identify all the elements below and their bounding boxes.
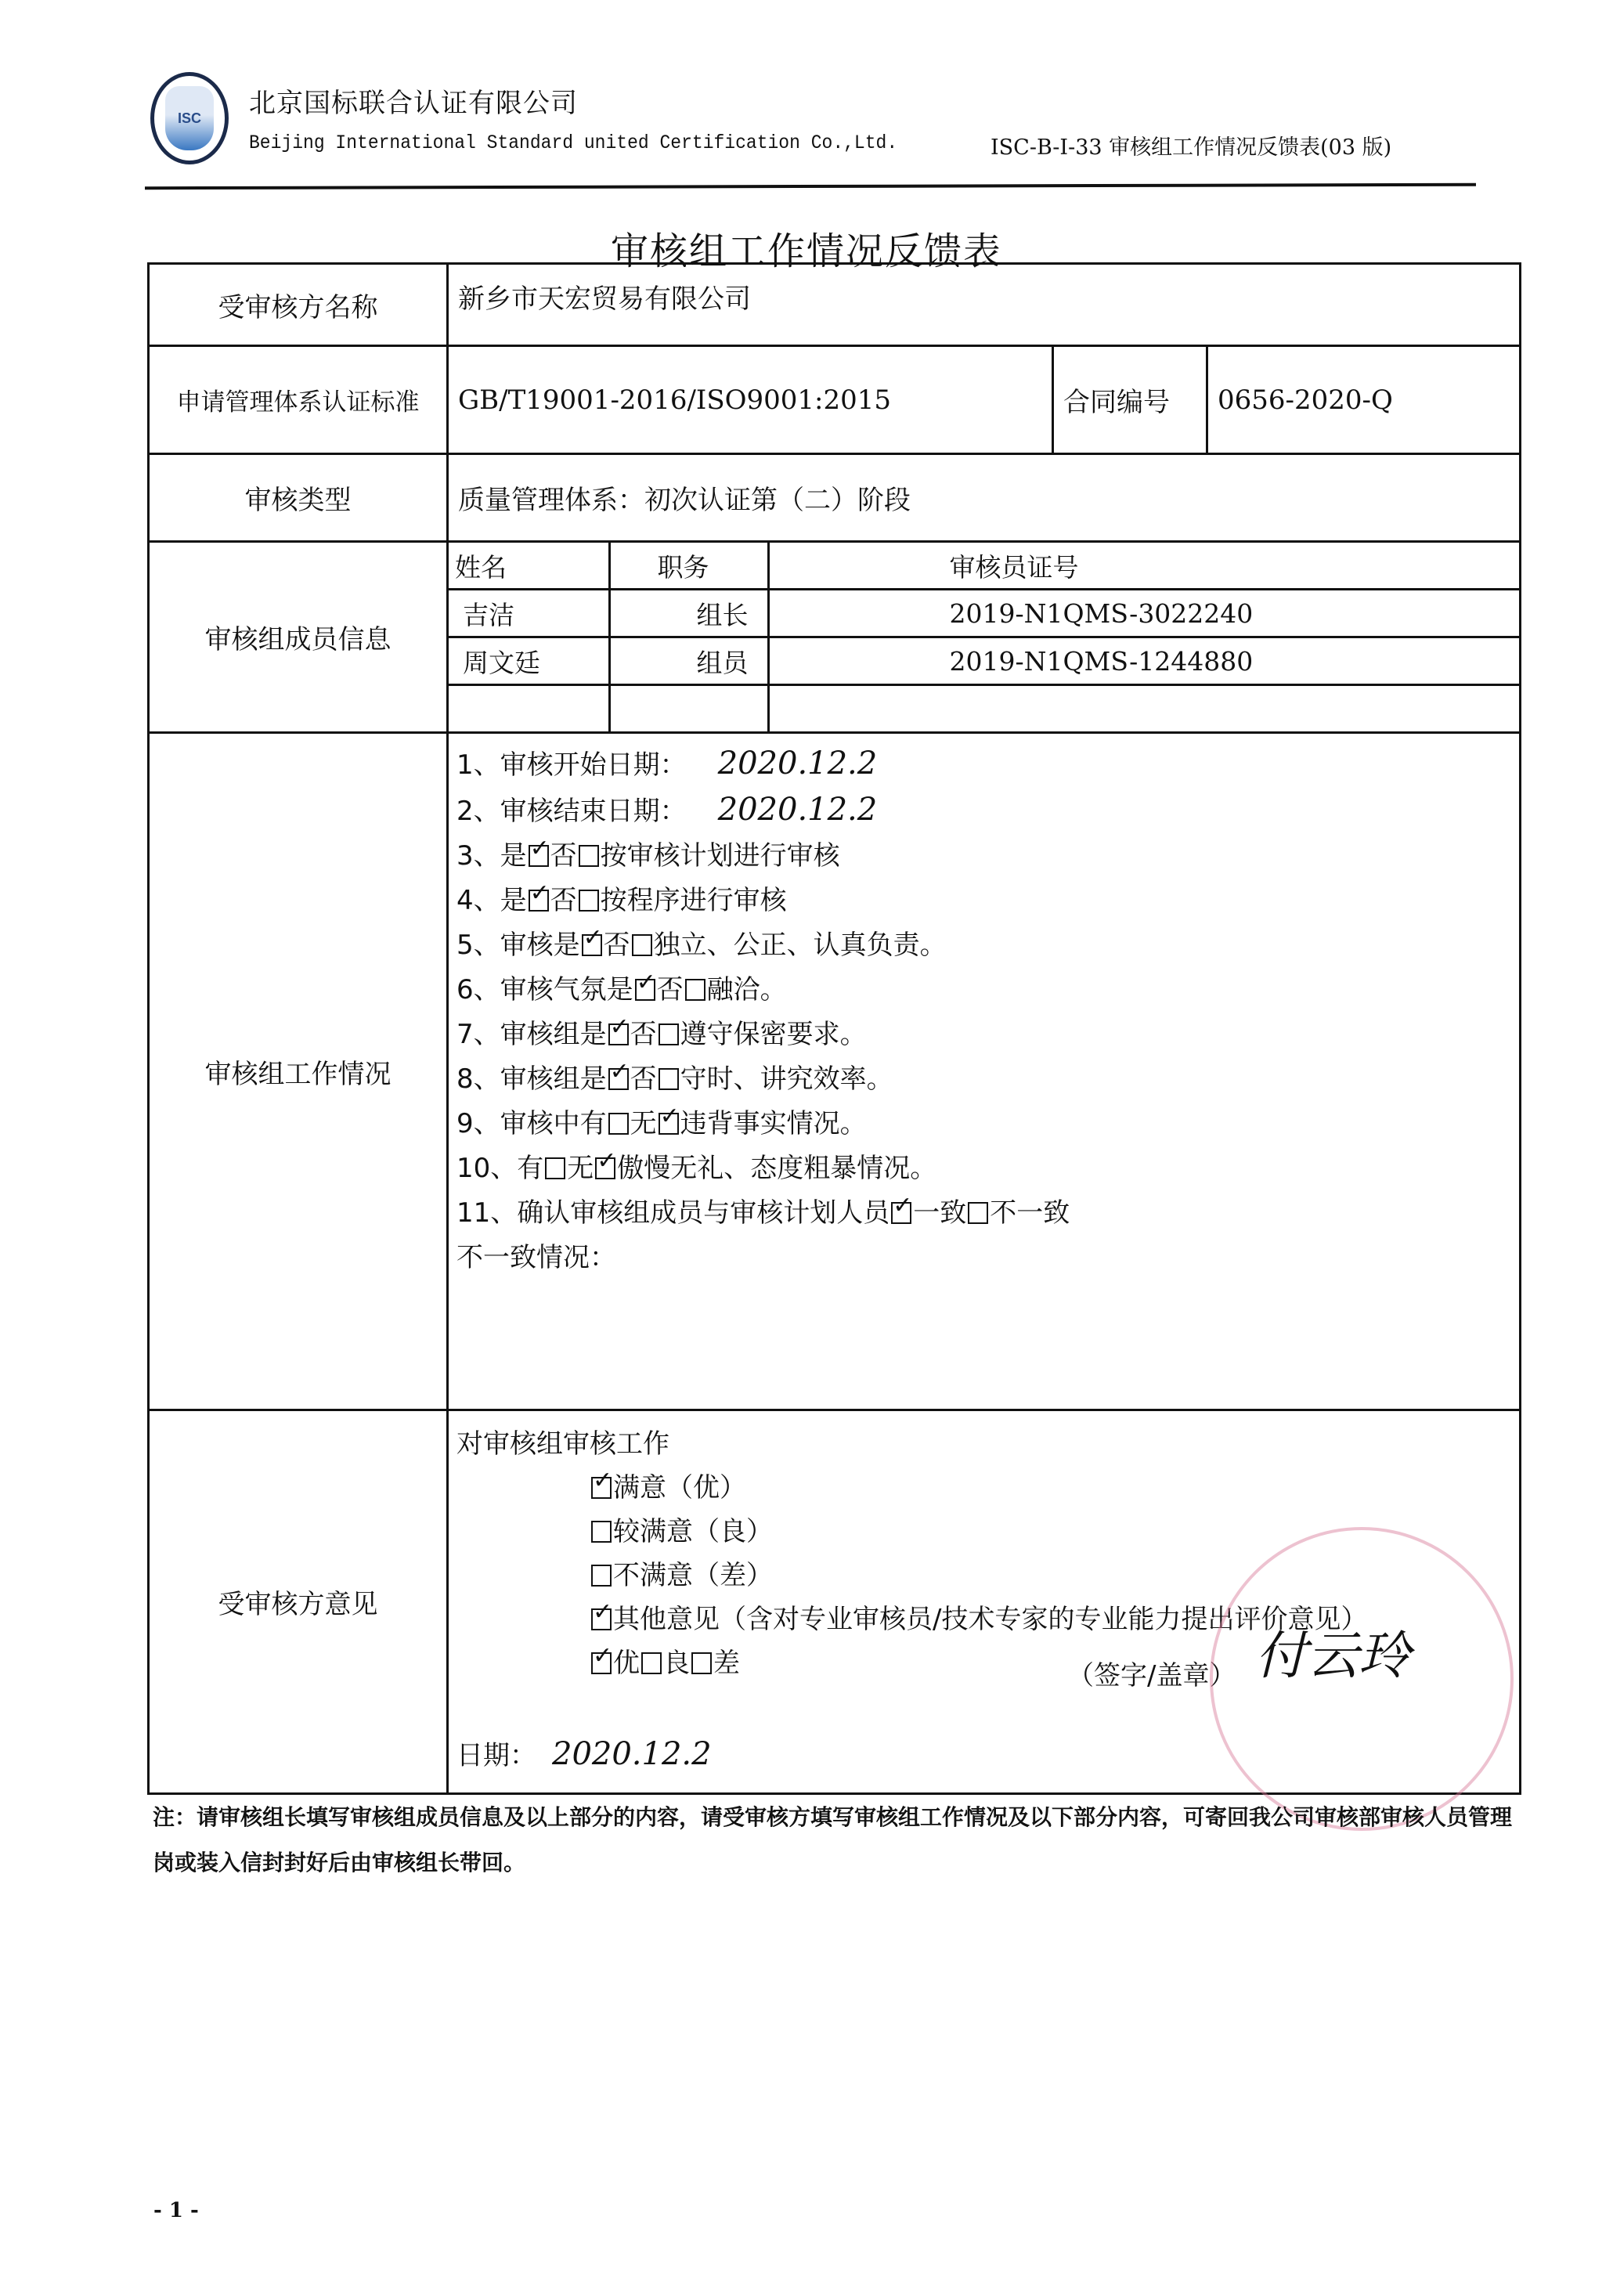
opinion-date-line: 日期：2020.12.2 (456, 1732, 712, 1778)
grade-label: 优 (613, 1648, 640, 1679)
item-option: 无 (630, 1108, 657, 1139)
footnote: 注：请审核组长填写审核组成员信息及以上部分的内容，请受审核方填写审核组工作情况及… (153, 1795, 1531, 1886)
item-option: 否 (630, 1063, 657, 1095)
checkbox[interactable] (641, 1652, 662, 1674)
row-team: 审核组成员信息 姓名 职务 审核员证号 吉洁 组长 2019-N1QMS-302… (149, 542, 1521, 733)
option-label: 较满意（良） (613, 1516, 773, 1547)
checkbox[interactable] (608, 1113, 629, 1135)
item-option: 否 (630, 1019, 657, 1050)
item-text: 11、确认审核组成员与审核计划人员 (456, 1197, 889, 1229)
opinion-intro: 对审核组审核工作 (456, 1422, 1519, 1466)
work-label: 审核组工作情况 (149, 733, 448, 1410)
item-option: 否 (550, 840, 577, 872)
opinion-label: 受审核方意见 (149, 1410, 448, 1794)
row-work: 审核组工作情况 1、审核开始日期：2020.12.2 2、审核结束日期：2020… (149, 733, 1521, 1410)
row-audit-type: 审核类型 质量管理体系：初次认证第（二）阶段 (149, 454, 1521, 542)
checkbox[interactable] (685, 979, 705, 1001)
item-text: 遵守保密要求。 (680, 1019, 867, 1050)
team-header-name: 姓名 (449, 543, 609, 590)
item-text: 傲慢无礼、态度粗暴情况。 (617, 1153, 936, 1184)
checkbox[interactable] (659, 1113, 679, 1135)
member-name: 吉洁 (449, 590, 609, 637)
list-item: 9、审核中有无违背事实情况。 (456, 1102, 1519, 1146)
item-text: 5、审核是 (456, 930, 580, 961)
table-row: 吉洁 组长 2019-N1QMS-3022240 (449, 590, 1519, 637)
checkbox[interactable] (582, 934, 602, 956)
contract-label: 合同编号 (1053, 346, 1207, 454)
table-row: 周文廷 组员 2019-N1QMS-1244880 (449, 637, 1519, 685)
list-item: 10、有无傲慢无礼、态度粗暴情况。 (456, 1146, 1519, 1191)
checkbox[interactable] (529, 845, 549, 867)
checkbox[interactable] (591, 1608, 612, 1630)
work-cell: 1、审核开始日期：2020.12.2 2、审核结束日期：2020.12.2 3、… (448, 733, 1521, 1410)
member-cert: 2019-N1QMS-3022240 (768, 590, 1519, 637)
member-role: 组长 (609, 590, 768, 637)
standard-label: 申请管理体系认证标准 (149, 346, 448, 454)
member-cert: 2019-N1QMS-1244880 (768, 637, 1519, 685)
item-option: 无 (567, 1153, 594, 1184)
option-label: 满意（优） (613, 1472, 746, 1504)
list-item: 5、审核是否独立、公正、认真负责。 (456, 923, 1519, 968)
option-label: 不满意（差） (613, 1560, 773, 1591)
member-role (609, 685, 768, 732)
opinion-date-label: 日期： (456, 1740, 536, 1771)
checkbox[interactable] (659, 1068, 679, 1090)
list-item: 6、审核气氛是否融洽。 (456, 968, 1519, 1013)
opinion-option: 满意（优） (590, 1466, 1519, 1510)
checkbox[interactable] (595, 1157, 615, 1179)
item-text: 3、是 (456, 840, 527, 872)
team-header-row: 姓名 职务 审核员证号 (449, 543, 1519, 590)
checkbox[interactable] (591, 1477, 612, 1499)
form-code: ISC-B-I-33 审核组工作情况反馈表(03 版) (991, 130, 1391, 161)
checkbox[interactable] (545, 1157, 565, 1179)
team-label: 审核组成员信息 (149, 542, 448, 733)
company-name-en: Beijing International Standard united Ce… (249, 132, 897, 154)
start-date-line: 1、审核开始日期：2020.12.2 (456, 742, 1519, 788)
inconsistency-label: 不一致情况： (456, 1236, 1519, 1280)
team-header-cert: 审核员证号 (768, 543, 1519, 590)
company-seal-stamp (1210, 1527, 1514, 1831)
table-row (449, 685, 1519, 732)
audit-type-value: 质量管理体系：初次认证第（二）阶段 (448, 454, 1521, 542)
member-name (449, 685, 609, 732)
checkbox[interactable] (691, 1652, 712, 1674)
item-text: 9、审核中有 (456, 1108, 607, 1139)
team-cell: 姓名 职务 审核员证号 吉洁 组长 2019-N1QMS-3022240 周文廷… (448, 542, 1521, 733)
end-date-value[interactable]: 2020.12.2 (718, 792, 878, 828)
opinion-date-value[interactable]: 2020.12.2 (552, 1736, 712, 1772)
checkbox[interactable] (608, 1068, 629, 1090)
list-item: 11、确认审核组成员与审核计划人员一致不一致 (456, 1191, 1519, 1236)
item-text: 按程序进行审核 (601, 885, 787, 916)
work-items: 1、审核开始日期：2020.12.2 2、审核结束日期：2020.12.2 3、… (449, 734, 1519, 1280)
checkbox[interactable] (968, 1202, 988, 1224)
member-name: 周文廷 (449, 637, 609, 685)
start-date-value[interactable]: 2020.12.2 (718, 745, 878, 782)
checkbox[interactable] (659, 1023, 679, 1045)
checkbox[interactable] (635, 979, 655, 1001)
item-text: 7、审核组是 (456, 1019, 607, 1050)
checkbox[interactable] (608, 1023, 629, 1045)
page-number: - 1 - (153, 2199, 199, 2222)
grade-label: 差 (713, 1648, 740, 1679)
end-date-line: 2、审核结束日期：2020.12.2 (456, 788, 1519, 834)
audit-type-label: 审核类型 (149, 454, 448, 542)
grade-label: 良 (663, 1648, 690, 1679)
item-text: 8、审核组是 (456, 1063, 607, 1095)
checkbox[interactable] (632, 934, 652, 956)
checkbox[interactable] (529, 890, 549, 912)
item-option: 否 (657, 974, 684, 1005)
item-text: 违背事实情况。 (680, 1108, 867, 1139)
header-divider (145, 183, 1476, 190)
team-table: 姓名 职务 审核员证号 吉洁 组长 2019-N1QMS-3022240 周文廷… (449, 543, 1519, 731)
standard-value: GB/T19001-2016/ISO9001:2015 (448, 346, 1053, 454)
list-item: 4、是否按程序进行审核 (456, 879, 1519, 923)
item-text: 4、是 (456, 885, 527, 916)
start-date-label: 1、审核开始日期： (456, 749, 687, 781)
item-option: 否 (550, 885, 577, 916)
list-item: 8、审核组是否守时、讲究效率。 (456, 1057, 1519, 1102)
checkbox[interactable] (579, 890, 599, 912)
list-item: 3、是否按审核计划进行审核 (456, 834, 1519, 879)
item-text: 守时、讲究效率。 (680, 1063, 893, 1095)
item-text: 6、审核气氛是 (456, 974, 633, 1005)
team-header-role: 职务 (609, 543, 768, 590)
member-cert (768, 685, 1519, 732)
row-auditee: 受审核方名称 新乡市天宏贸易有限公司 (149, 264, 1521, 346)
item-text: 不一致 (990, 1197, 1070, 1229)
item-option: 否 (604, 930, 630, 961)
end-date-label: 2、审核结束日期： (456, 796, 687, 827)
checkbox[interactable] (591, 1652, 612, 1674)
work-checklist: 3、是否按审核计划进行审核4、是否按程序进行审核5、审核是否独立、公正、认真负责… (456, 834, 1519, 1236)
item-option: 一致 (913, 1197, 966, 1229)
company-logo: ISC (150, 72, 229, 164)
auditee-label: 受审核方名称 (149, 264, 448, 346)
item-text: 独立、公正、认真负责。 (654, 930, 947, 961)
row-standard: 申请管理体系认证标准 GB/T19001-2016/ISO9001:2015 合… (149, 346, 1521, 454)
item-text: 按审核计划进行审核 (601, 840, 840, 872)
checkbox[interactable] (579, 845, 599, 867)
list-item: 7、审核组是否遵守保密要求。 (456, 1013, 1519, 1057)
member-role: 组员 (609, 637, 768, 685)
item-text: 融洽。 (707, 974, 787, 1005)
company-name-cn: 北京国标联合认证有限公司 (249, 81, 578, 120)
logo-emblem-icon: ISC (165, 86, 214, 150)
checkbox[interactable] (891, 1202, 911, 1224)
contract-value: 0656-2020-Q (1207, 346, 1521, 454)
checkbox[interactable] (591, 1521, 612, 1543)
item-text: 10、有 (456, 1153, 543, 1184)
auditee-value: 新乡市天宏贸易有限公司 (448, 264, 1521, 346)
checkbox[interactable] (591, 1565, 612, 1587)
